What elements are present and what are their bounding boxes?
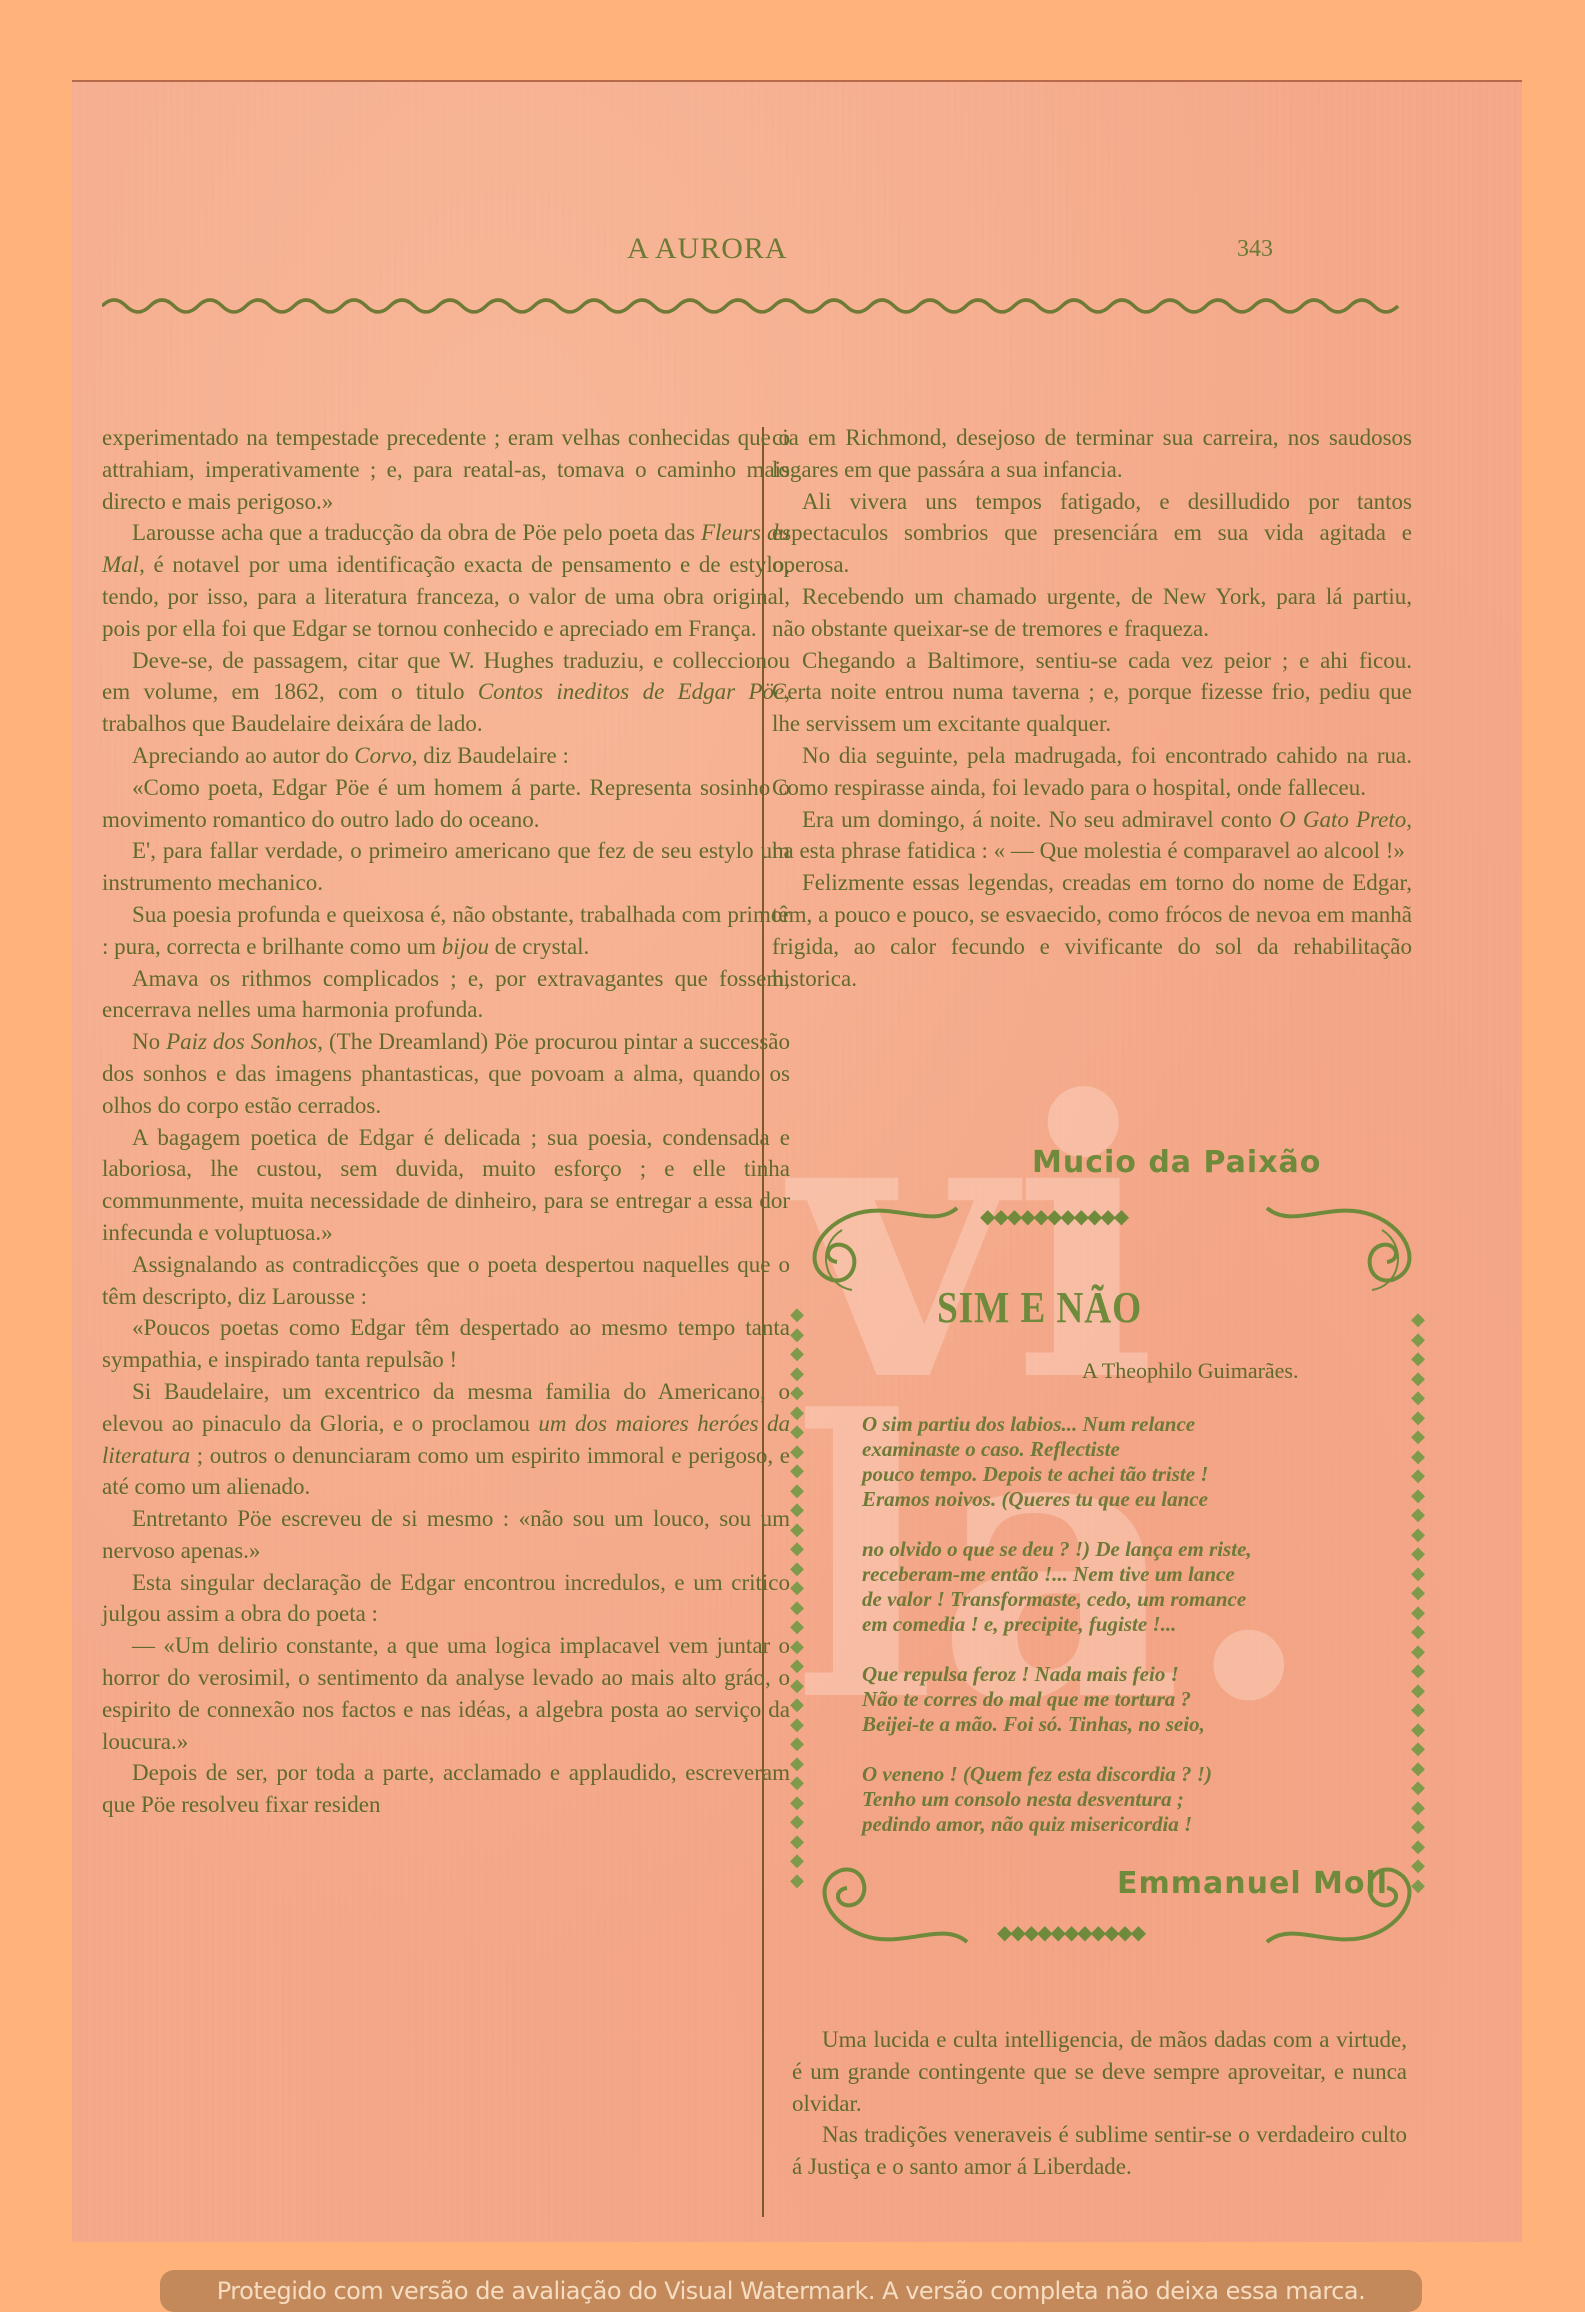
paragraph: No dia seguinte, pela madrugada, foi enc… bbox=[772, 740, 1412, 804]
paragraph: A bagagem poetica de Edgar é delicada ; … bbox=[102, 1122, 790, 1249]
scroll-ornament-bottom-right bbox=[1262, 1850, 1442, 1960]
paragraph: «Como poeta, Edgar Pöe é um homem á part… bbox=[102, 772, 790, 836]
diamond-ornament-top: ◆◆◆◆◆◆◆◆◆◆◆ bbox=[980, 1204, 1127, 1229]
paragraph: Chegando a Baltimore, sentiu-se cada vez… bbox=[772, 645, 1412, 740]
paragraph: Recebendo um chamado urgente, de New Yor… bbox=[772, 581, 1412, 645]
paragraph: Entretanto Pöe escreveu de si mesmo : «n… bbox=[102, 1503, 790, 1567]
article-signature: Mucio da Paixão bbox=[1032, 1145, 1321, 1180]
newspaper-page: vila. A AURORA 343 experimentado na temp… bbox=[72, 80, 1522, 2242]
poem-stanza: O sim partiu dos labios... Num relanceex… bbox=[862, 1412, 1422, 1512]
paragraph: No Paiz dos Sonhos, (The Dreamland) Pöe … bbox=[102, 1026, 790, 1121]
poem-frame: ◆◆◆◆◆◆◆◆◆◆◆ ◆◆◆◆◆◆◆◆◆◆◆◆◆◆◆◆◆◆◆◆◆◆◆◆◆◆◆◆… bbox=[782, 1190, 1442, 1950]
paragraph: Era um domingo, á noite. No seu admirave… bbox=[772, 804, 1412, 868]
scroll-ornament-bottom-left bbox=[792, 1850, 972, 1960]
diamond-border-left: ◆◆◆◆◆◆◆◆◆◆◆◆◆◆◆◆◆◆◆◆◆◆◆◆◆◆◆◆◆◆ bbox=[787, 1305, 807, 1890]
poem-body: O sim partiu dos labios... Num relanceex… bbox=[862, 1412, 1422, 1862]
poem-stanza: O veneno ! (Quem fez esta discordia ? !)… bbox=[862, 1762, 1422, 1837]
paragraph: Depois de ser, por toda a parte, acclama… bbox=[102, 1757, 790, 1821]
paragraph: experimentado na tempestade precedente ;… bbox=[102, 422, 790, 517]
watermark-banner: Protegido com versão de avaliação do Vis… bbox=[160, 2270, 1422, 2312]
poem-dedication: A Theophilo Guimarães. bbox=[1082, 1358, 1299, 1384]
right-column-bottom-article: Uma lucida e culta intelligencia, de mão… bbox=[792, 2024, 1407, 2183]
right-column-article: cia em Richmond, desejoso de terminar su… bbox=[772, 422, 1412, 994]
poem-stanza: no olvido o que se deu ? !) De lança em … bbox=[862, 1537, 1422, 1637]
publication-title: A AURORA bbox=[627, 232, 788, 266]
paragraph: Assignalando as contradicções que o poet… bbox=[102, 1249, 790, 1313]
paragraph: Ali vivera uns tempos fatigado, e desill… bbox=[772, 486, 1412, 581]
paragraph: Nas tradições veneraveis é sublime senti… bbox=[792, 2119, 1407, 2183]
page-number: 343 bbox=[1237, 236, 1273, 263]
left-column-article: experimentado na tempestade precedente ;… bbox=[102, 422, 790, 1821]
paragraph: Felizmente essas legendas, creadas em to… bbox=[772, 867, 1412, 994]
paragraph: Amava os rithmos complicados ; e, por ex… bbox=[102, 963, 790, 1027]
paragraph: «Poucos poetas como Edgar têm despertado… bbox=[102, 1312, 790, 1376]
diamond-ornament-bottom: ◆◆◆◆◆◆◆◆◆◆◆ bbox=[997, 1920, 1144, 1945]
page-header: A AURORA 343 bbox=[72, 232, 1522, 272]
paragraph: Uma lucida e culta intelligencia, de mão… bbox=[792, 2024, 1407, 2119]
scroll-ornament-top-left bbox=[782, 1190, 962, 1300]
paragraph: Si Baudelaire, um excentrico da mesma fa… bbox=[102, 1376, 790, 1503]
paragraph: cia em Richmond, desejoso de terminar su… bbox=[772, 422, 1412, 486]
paragraph: Deve-se, de passagem, citar que W. Hughe… bbox=[102, 645, 790, 740]
poem-title: SIM E NÃO bbox=[937, 1282, 1142, 1333]
paragraph: — «Um delirio constante, a que uma logic… bbox=[102, 1630, 790, 1757]
paragraph: E', para fallar verdade, o primeiro amer… bbox=[102, 835, 790, 899]
paragraph: Esta singular declaração de Edgar encont… bbox=[102, 1567, 790, 1631]
paragraph: Larousse acha que a traducção da obra de… bbox=[102, 517, 790, 644]
wave-ornament-divider bbox=[102, 292, 1402, 316]
scroll-ornament-top-right bbox=[1262, 1190, 1442, 1300]
poem-stanza: Que repulsa feroz ! Nada mais feio !Não … bbox=[862, 1662, 1422, 1737]
paragraph: Apreciando ao autor do Corvo, diz Baudel… bbox=[102, 740, 790, 772]
paragraph: Sua poesia profunda e queixosa é, não ob… bbox=[102, 899, 790, 963]
